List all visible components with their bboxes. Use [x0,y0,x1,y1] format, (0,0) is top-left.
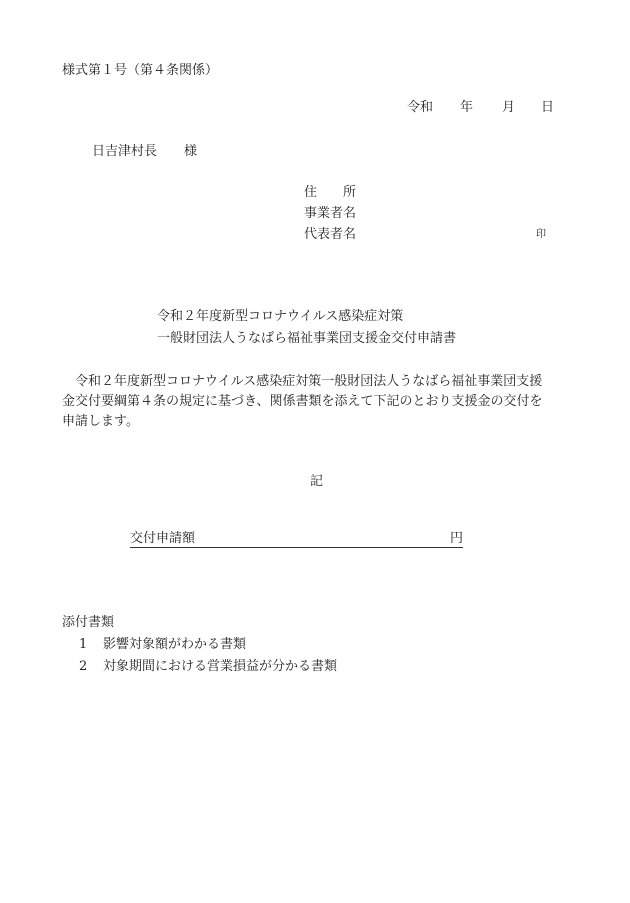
body-line: 令和２年度新型コロナウイルス感染症対策一般財団法人うなばら福祉事業団支援 [62,375,562,395]
addressee-honorific: 様 [184,145,197,158]
business-name-row: 事業者名 [304,207,356,228]
date-month-label: 月 [502,101,541,114]
business-name-label: 事業者名 [304,207,356,220]
attachment-item: 1 影響対象額がわかる書類 [62,638,337,660]
representative-row: 代表者名 [304,228,356,249]
address-row: 住 所 [304,186,356,207]
amount-unit: 円 [450,532,463,545]
attachment-number: 1 [79,638,103,660]
address-label: 住 所 [304,186,356,199]
attachments-section: 添付書類 1 影響対象額がわかる書類 2 対象期間における営業損益が分かる書類 [62,616,337,682]
attachment-text: 対象期間における営業損益が分かる書類 [103,660,337,682]
address-label-part1: 住 [304,186,317,199]
attachment-item: 2 対象期間における営業損益が分かる書類 [62,660,337,682]
body-line: 申請します。 [62,415,562,435]
applicant-block: 住 所 事業者名 代表者名 [304,186,356,249]
date-line: 令和 年 月 日 [407,101,554,114]
document-title-line1: 令和２年度新型コロナウイルス感染症対策 [157,310,403,323]
date-era: 令和 [407,101,460,114]
form-number: 様式第１号（第４条関係） [62,64,218,77]
attachments-heading: 添付書類 [62,616,337,638]
address-label-part2: 所 [343,186,356,199]
date-day-label: 日 [541,101,554,114]
representative-label: 代表者名 [304,228,356,241]
addressee-name: 日吉津村長 [92,145,184,158]
ki-heading: 記 [310,475,323,488]
attachment-number: 2 [79,660,103,682]
date-year-label: 年 [460,101,502,114]
document-title-line2: 一般財団法人うなばら福祉事業団支援金交付申請書 [157,332,456,345]
addressee: 日吉津村長 様 [92,145,197,158]
body-line: 金交付要綱第４条の規定に基づき、関係書類を添えて下記のとおり支援金の交付を [62,395,562,415]
body-paragraph: 令和２年度新型コロナウイルス感染症対策一般財団法人うなばら福祉事業団支援 金交付… [62,375,562,435]
application-amount-field: 交付申請額 円 [130,532,463,548]
seal-mark: 印 [536,230,546,240]
amount-label: 交付申請額 [130,532,195,545]
attachment-text: 影響対象額がわかる書類 [103,638,246,660]
